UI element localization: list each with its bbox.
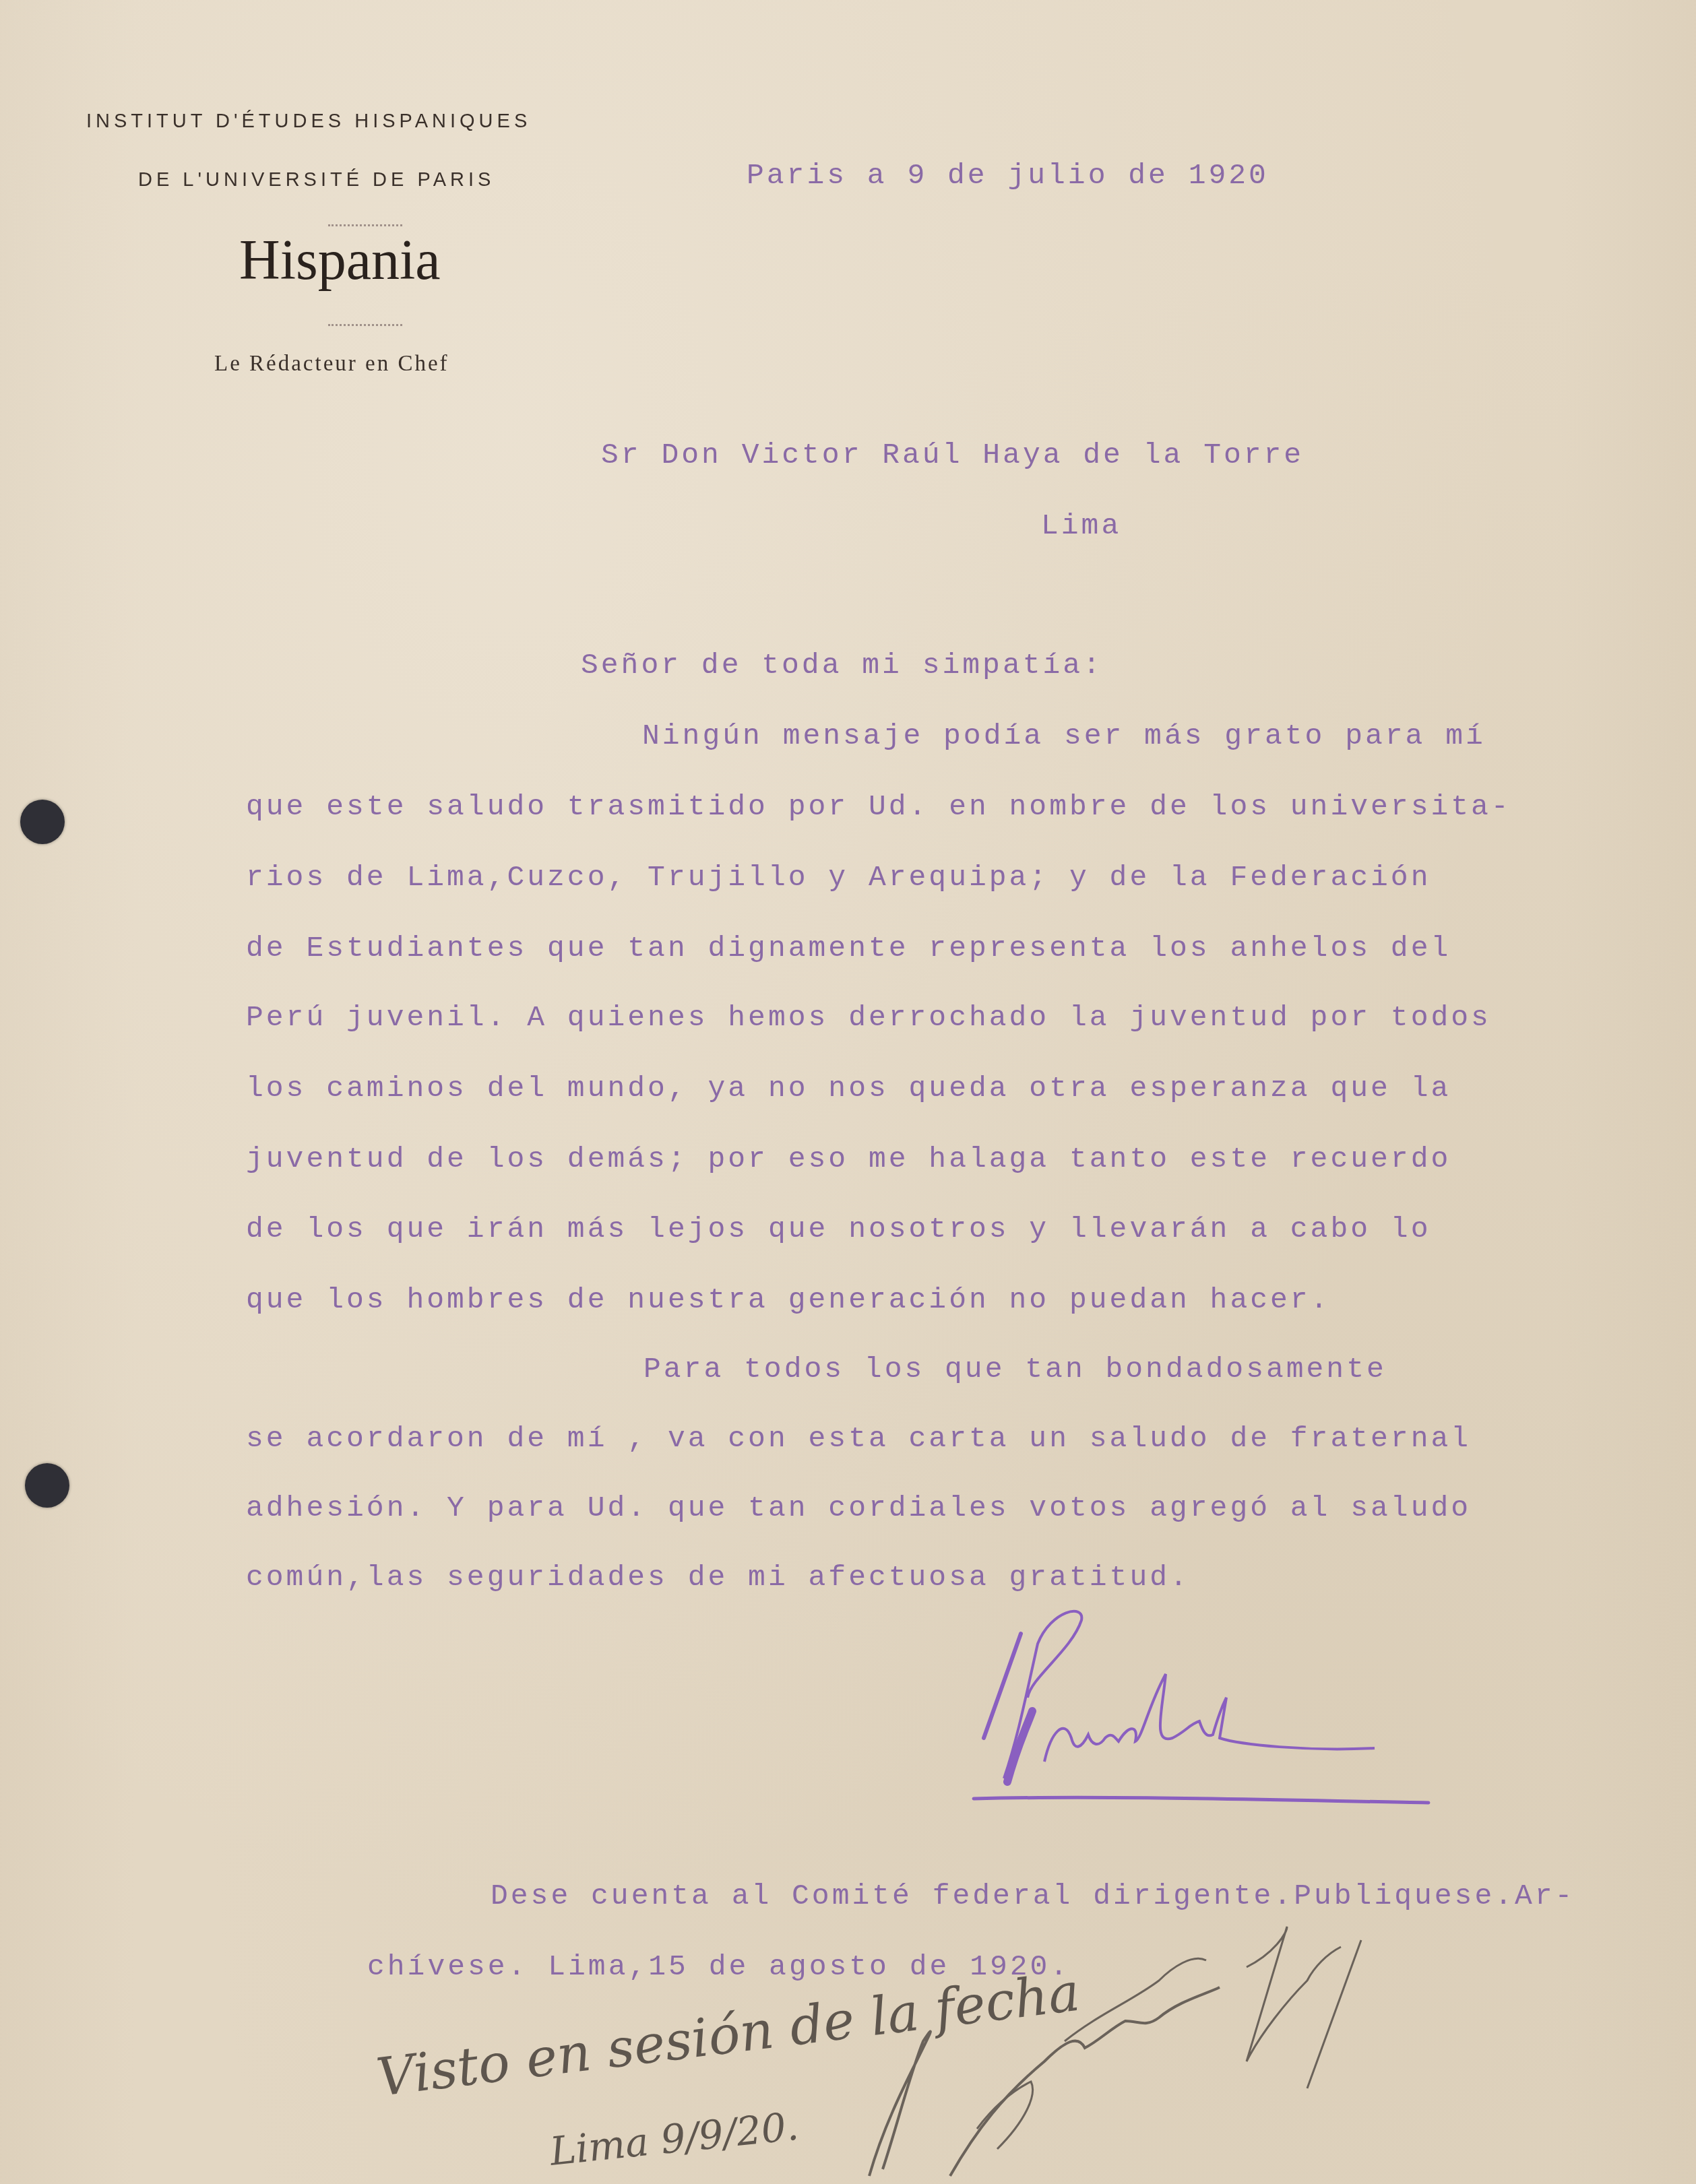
body-line: adhesión. Y para Ud. que tan cordiales v… xyxy=(246,1491,1471,1524)
body-line: común,las seguridades de mi afectuosa gr… xyxy=(246,1561,1190,1594)
punch-hole-top xyxy=(20,800,65,844)
handwritten-note-line2: Lima 9/9/20. xyxy=(548,2103,800,2175)
body-line: juventud de los demás; por eso me halaga… xyxy=(246,1143,1451,1176)
body-line: Para todos los que tan bondadosamente xyxy=(643,1353,1387,1386)
salutation: Señor de toda mi simpatía: xyxy=(581,649,1103,682)
editor-role: Le Rédacteur en Chef xyxy=(214,352,449,377)
brand-title: Hispania xyxy=(239,228,441,293)
recipient-name: Sr Don Victor Raúl Haya de la Torre xyxy=(601,439,1304,472)
body-line: rios de Lima,Cuzco, Trujillo y Arequipa;… xyxy=(246,861,1431,894)
recipient-city: Lima xyxy=(1041,509,1121,542)
letter-date: Paris a 9 de julio de 1920 xyxy=(747,159,1269,192)
body-line: que los hombres de nuestra generación no… xyxy=(246,1283,1330,1316)
annotation-typed-line1: Dese cuenta al Comité federal dirigente.… xyxy=(491,1880,1575,1913)
body-line: que este saludo trasmitido por Ud. en no… xyxy=(246,790,1511,823)
signature-ink xyxy=(970,1603,1455,1805)
ornament-divider xyxy=(328,224,402,226)
body-line: de los que irán más lejos que nosotros y… xyxy=(246,1213,1431,1246)
handwritten-signature xyxy=(842,1927,1516,2184)
punch-hole-bottom xyxy=(25,1463,69,1508)
body-line: Perú juvenil. A quienes hemos derrochado… xyxy=(246,1001,1491,1034)
body-line: se acordaron de mí , va con esta carta u… xyxy=(246,1422,1471,1455)
letterhead-institute-line2: DE L'UNIVERSITÉ DE PARIS xyxy=(138,169,495,191)
letterhead-institute-line1: INSTITUT D'ÉTUDES HISPANIQUES xyxy=(86,110,531,133)
body-line: de Estudiantes que tan dignamente repres… xyxy=(246,932,1451,965)
ornament-divider xyxy=(328,324,402,326)
body-line: los caminos del mundo, ya no nos queda o… xyxy=(246,1072,1451,1105)
body-line: Ningún mensaje podía ser más grato para … xyxy=(642,719,1486,752)
